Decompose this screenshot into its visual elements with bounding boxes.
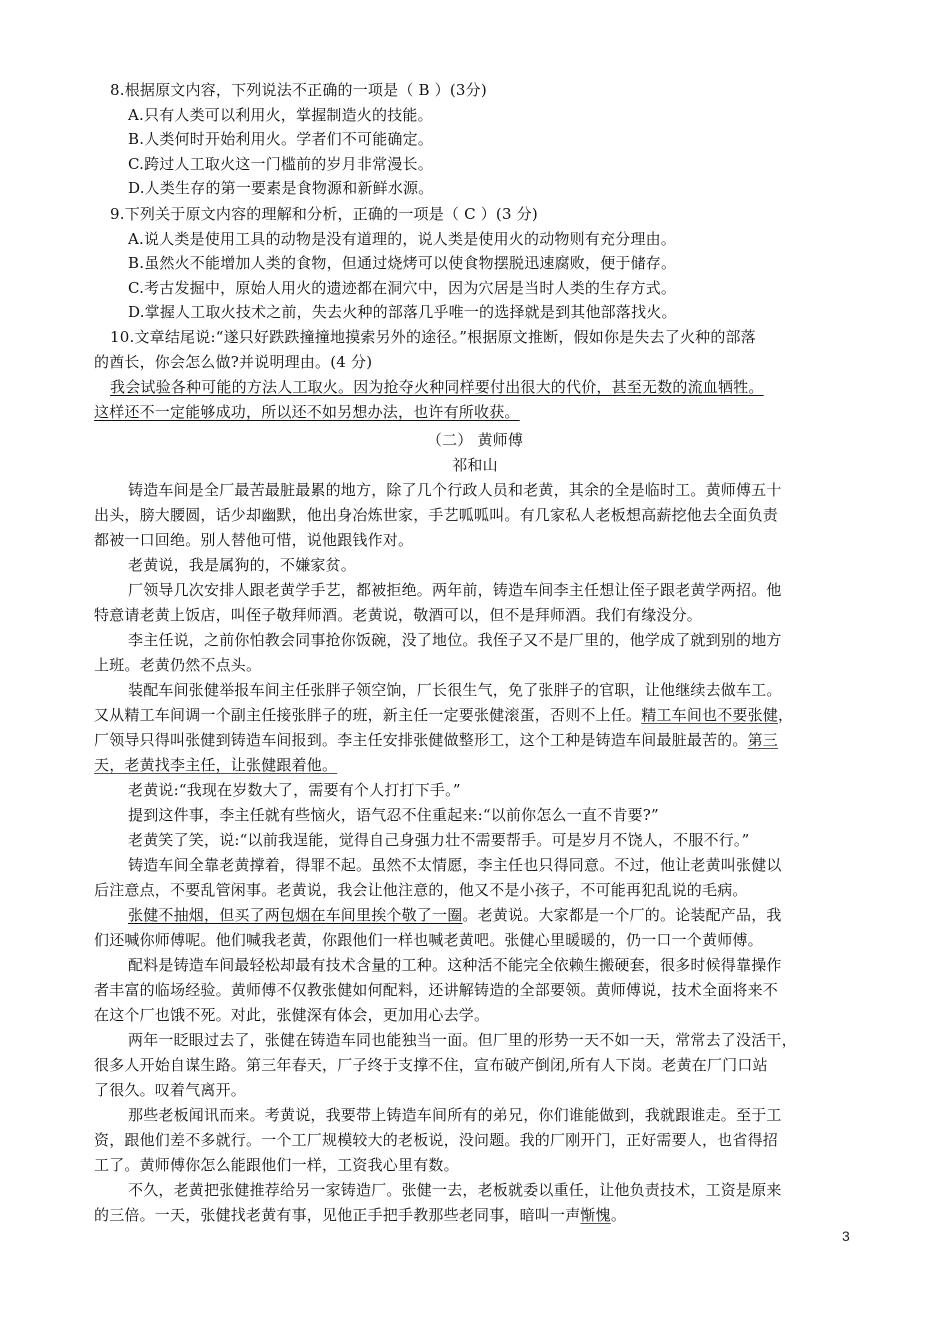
underlined-phrase: 惭愧 [580,1206,610,1224]
paragraph-line: 老黄说:“我现在岁数大了，需要有个人打打下手。” [128,778,461,802]
paragraph-line: 厂领导几次安排人跟老黄学手艺，都被拒绝。两年前，铸造车间李主任想让侄子跟老黄学两… [128,578,782,602]
text-span: 的三倍。一天，张健找老黄有事，见他正手把手教那些老同事，暗叫一声 [94,1206,580,1224]
text-span: ， [778,706,793,724]
paragraph-line: 很多人开始自谋生路。第三年春天，厂子终于支撑不住，宣布破产倒闭,所有人下岗。老黄… [94,1053,768,1077]
paragraph-line: 的三倍。一天，张健找老黄有事，见他正手把手教那些老同事，暗叫一声惭愧。 [94,1203,626,1227]
paragraph-line: 特意请老黄上饭店，叫侄子敬拜师酒。老黄说，敬酒可以，但不是拜师酒。我们有缘没分。 [94,603,702,627]
paragraph-line: 配料是铸造车间最轻松却最有技术含量的工种。这种活不能完全依赖生搬硬套，很多时候得… [128,953,782,977]
question-8-stem: 8.根据原文内容，下列说法不正确的一项是（ B ）(3分) [110,78,487,102]
question-8-option-c: C.跨过人工取火这一门槛前的岁月非常漫长。 [128,152,433,176]
paragraph-line: 都被一口回绝。别人替他可惜，说他跟钱作对。 [94,528,413,552]
page-number: 3 [842,1228,850,1244]
question-10-stem-line2: 的酋长，你会怎么做?并说明理由。(4 分) [94,350,372,374]
question-10-answer-line2: 这样还不一定能够成功，所以还不如另想办法，也许有所收获。 [94,400,520,424]
paragraph-line: 们还喊你师傅呢。他们喊我老黄，你跟他们一样也喊老黄吧。张健心里暖暖的，仍一口一个… [94,928,763,952]
paragraph-line: 者丰富的临场经验。黄师傅不仅教张健如何配料，还讲解铸造的全部要领。黄师傅说，技术… [94,978,778,1002]
paragraph-line: 老黄说，我是属狗的，不嫌家贫。 [128,553,356,577]
underlined-phrase: 精工车间也不要张健 [641,706,778,724]
paragraph-line: 老黄笑了笑，说:“以前我逞能，觉得自己身强力壮不需要帮手。可是岁月不饶人，不服不… [128,828,750,852]
question-10-stem-line1: 10.文章结尾说:“遂只好跌跌撞撞地摸索另外的途径。”根据原文推断，假如你是失去… [110,325,756,349]
question-9-stem: 9.下列关于原文内容的理解和分析，正确的一项是（ C ）(3 分) [110,202,538,226]
answer-underline: 我会试验各种可能的方法人工取火。因为抢夺火种同样要付出很大的代价，甚至无数的流血… [110,378,764,396]
question-9-option-a: A.说人类是使用工具的动物是没有道理的，说人类是使用火的动物则有充分理由。 [128,227,676,251]
paragraph-line: 天，老黄找李主任，让张健跟着他。 [94,753,337,777]
paragraph-line: 资，跟他们差不多就行。一个工厂规模较大的老板说，没问题。我的厂刚开门，正好需要人… [94,1128,778,1152]
question-8-option-d: D.人类生存的第一要素是食物源和新鲜水源。 [128,176,433,200]
paragraph-line: 厂领导只得叫张健到铸造车间报到。李主任安排张健做整形工，这个工种是铸造车间最脏最… [94,728,778,752]
underlined-phrase: 天，老黄找李主任，让张健跟着他。 [94,756,337,774]
paragraph-line: 又从精工车间调一个副主任接张胖子的班，新主任一定要张健滚蛋，否则不上任。精工车间… [94,703,793,727]
question-9-option-b: B.虽然火不能增加人类的食物，但通过烧烤可以使食物摆脱迅速腐败，便于储存。 [128,251,676,275]
underlined-phrase: 张健不抽烟，但买了两包烟在车间里挨个敬了一圈 [128,906,462,924]
paragraph-line: 工了。黄师傅你怎么能跟他们一样，工资我心里有数。 [94,1153,459,1177]
question-9-option-c: C.考古发掘中，原始人用火的遗迹都在洞穴中，因为穴居是当时人类的生存方式。 [128,276,676,300]
paragraph-line: 在这个厂也饿不死。对此，张健深有体会，更加用心去学。 [94,1003,489,1027]
paragraph-line: 李主任说，之前你怕教会同事抢你饭碗，没了地位。我侄子又不是厂里的，他学成了就到别… [128,628,782,652]
paragraph-line: 那些老板闻讯而来。考黄说，我要带上铸造车间所有的弟兄，你们谁能做到，我就跟谁走。… [128,1103,782,1127]
author-name: 祁和山 [0,453,950,477]
answer-underline: 这样还不一定能够成功，所以还不如另想办法，也许有所收获。 [94,403,520,421]
text-span: 又从精工车间调一个副主任接张胖子的班，新主任一定要张健滚蛋，否则不上任。 [94,706,641,724]
text-span: 。老黄说。大家都是一个厂的。论装配产品，我 [462,906,781,924]
paragraph-line: 出头，膀大腰圆，话少却幽默，他出身冶炼世家，手艺呱呱叫。有几家私人老板想高薪挖他… [94,503,778,527]
paragraph-line: 铸造车间全靠老黄撑着，得罪不起。虽然不太情愿，李主任也只得同意。不过，他让老黄叫… [128,853,782,877]
text-span: 。 [611,1206,626,1224]
paragraph-line: 提到这件事，李主任就有些恼火，语气忍不住重起来:“以前你怎么一直不肯要?” [128,803,659,827]
paragraph-line: 上班。老黄仍然不点头。 [94,653,261,677]
paragraph-line: 了很久。叹着气离开。 [94,1078,246,1102]
question-8-option-a: A.只有人类可以利用火，掌握制造火的技能。 [128,103,433,127]
paragraph-line: 铸造车间是全厂最苦最脏最累的地方，除了几个行政人员和老黄，其余的全是临时工。黄师… [128,478,782,502]
paragraph-line: 不久，老黄把张健推荐给另一家铸造厂。张健一去，老板就委以重任，让他负责技术，工资… [128,1178,782,1202]
paragraph-line: 后注意点，不要乱管闲事。老黄说，我会让他注意的，他又不是小孩子，不可能再犯乱说的… [94,878,748,902]
section-title: （二） 黄师傅 [0,428,950,452]
underlined-phrase: 第三 [748,731,778,749]
question-10-answer-line1: 我会试验各种可能的方法人工取火。因为抢夺火种同样要付出很大的代价，甚至无数的流血… [110,375,764,399]
question-9-option-d: D.掌握人工取火技术之前，失去火种的部落几乎唯一的选择就是到其他部落找火。 [128,300,677,324]
text-span: 厂领导只得叫张健到铸造车间报到。李主任安排张健做整形工，这个工种是铸造车间最脏最… [94,731,748,749]
paragraph-line: 张健不抽烟，但买了两包烟在车间里挨个敬了一圈。老黄说。大家都是一个厂的。论装配产… [128,903,782,927]
exam-page: 8.根据原文内容，下列说法不正确的一项是（ B ）(3分) A.只有人类可以利用… [0,0,950,1344]
question-8-option-b: B.人类何时开始利用火。学者们不可能确定。 [128,127,433,151]
paragraph-line: 两年一眨眼过去了，张健在铸造车同也能独当一面。但厂里的形势一天不如一天，常常去了… [128,1028,797,1052]
paragraph-line: 装配车间张健举报车间主任张胖子领空饷，厂长很生气，免了张胖子的官职，让他继续去做… [128,678,782,702]
